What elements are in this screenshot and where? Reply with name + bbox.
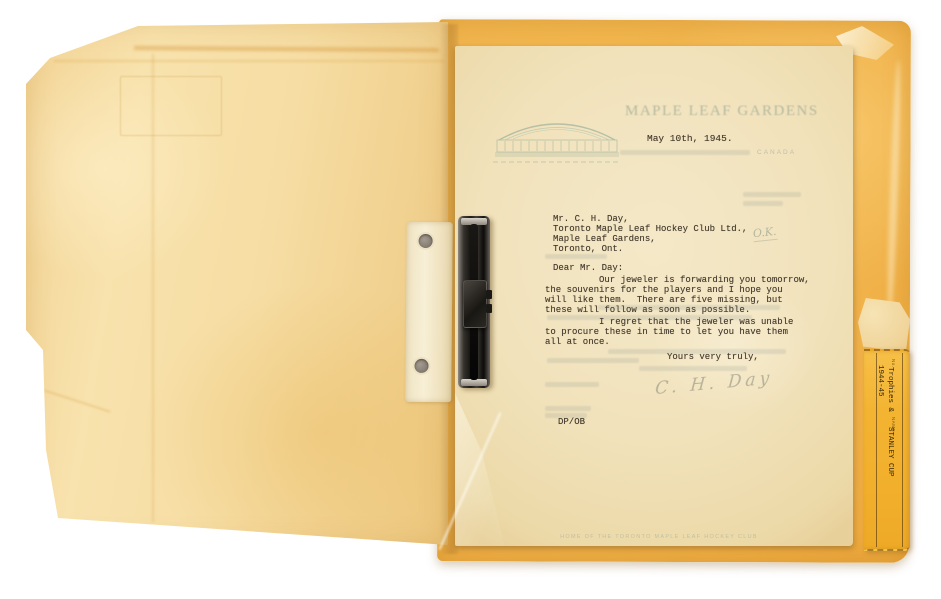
ghost-text-line <box>547 315 752 320</box>
fastener-latch-nub <box>486 290 492 299</box>
photo-of-open-file-folder: 1944-45 No. Trophies & NAME STANLEY CUP <box>0 0 941 599</box>
ghost-text-line <box>743 192 801 197</box>
tab-title-text: Trophies & <box>886 367 894 412</box>
fastener-end-cap <box>461 379 487 386</box>
ghost-text-line <box>545 406 591 411</box>
folder-index-tab: 1944-45 No. Trophies & NAME STANLEY CUP <box>864 349 910 551</box>
recipient-address: Mr. C. H. Day, Toronto Maple Leaf Hockey… <box>553 214 747 254</box>
typist-initials: DP/OB <box>558 417 585 427</box>
ghost-text-line <box>545 382 599 387</box>
tab-year-text: 1944-45 <box>876 365 884 397</box>
ghost-text-line <box>598 305 780 310</box>
letterhead-country-text: CANADA <box>757 149 796 156</box>
tab-ruled-line <box>902 353 903 547</box>
folder-pressed-imprint <box>120 76 222 136</box>
ghost-text-line <box>639 366 747 371</box>
folder-front-cover <box>24 20 450 548</box>
ghost-text-line <box>743 201 783 206</box>
ghost-text-line <box>608 349 786 354</box>
punch-hole <box>414 359 428 373</box>
signature-handwriting: C. H. Day <box>654 369 774 400</box>
fastener-slider <box>463 280 487 328</box>
folder-crease <box>54 60 444 62</box>
punch-hole <box>419 234 433 248</box>
letterhead-footer-text: HOME OF THE TORONTO MAPLE LEAF HOCKEY CL… <box>539 534 779 540</box>
letter-date: May 10th, 1945. <box>647 134 733 144</box>
faint-letterhead-address <box>620 150 750 155</box>
letter-page: MAPLE LEAF GARDENS CANADA May 10th, 1945… <box>455 46 853 546</box>
ghost-text-line <box>547 358 639 363</box>
punched-paper-strip <box>405 222 453 402</box>
ghost-text-line <box>545 413 587 418</box>
folder-crease <box>134 46 439 52</box>
salutation: Dear Mr. Day: <box>553 263 623 273</box>
pencil-annotation: O.K. <box>752 225 777 242</box>
ghost-text-line <box>545 254 607 259</box>
tab-cup-text: STANLEY CUP <box>886 427 894 477</box>
page-crinkled-corner <box>455 376 545 546</box>
letterhead-title: MAPLE LEAF GARDENS <box>625 103 819 120</box>
folder-crease <box>43 389 110 413</box>
body-paragraph-2: I regret that the jeweler was unable to … <box>545 317 793 347</box>
metal-fastener-clip <box>458 216 490 388</box>
arena-building-illustration <box>491 106 623 170</box>
